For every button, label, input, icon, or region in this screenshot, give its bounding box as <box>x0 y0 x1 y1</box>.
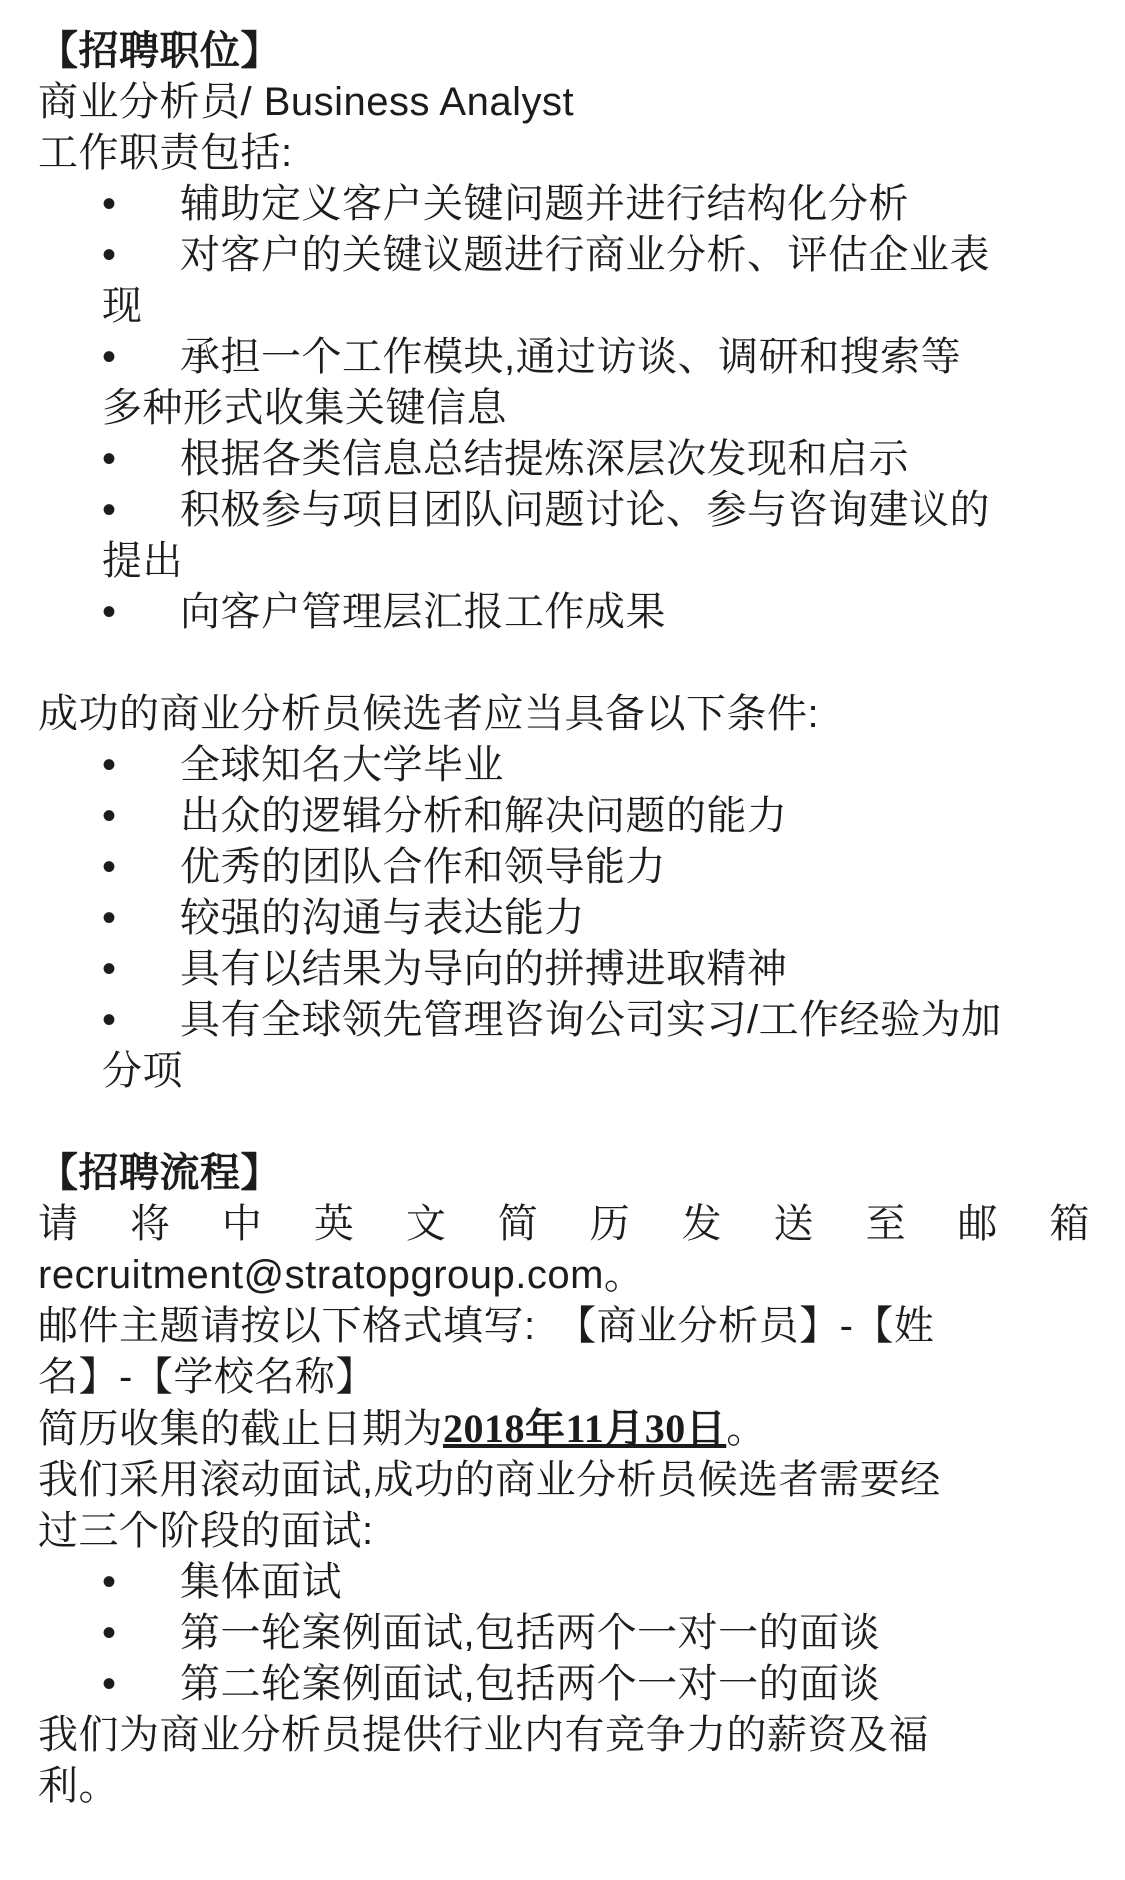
duty-text-continuation: 提出 <box>38 536 1090 587</box>
interview-stage-text: 第一轮案例面试,包括两个一对一的面谈 <box>180 1611 880 1655</box>
bullet-icon: • <box>102 791 180 842</box>
recruitment-posting-document: 【招聘职位】 商业分析员/ Business Analyst 工作职责包括: •… <box>0 0 1125 1812</box>
duty-text-continuation: 现 <box>38 281 1090 332</box>
requirement-text: 全球知名大学毕业 <box>180 743 504 787</box>
bullet-icon: • <box>102 179 180 230</box>
requirement-item: •优秀的团队合作和领导能力 <box>38 842 1090 893</box>
requirement-text-continuation: 分项 <box>38 1046 1090 1097</box>
interview-stage-text: 集体面试 <box>180 1560 342 1604</box>
requirements-intro: 成功的商业分析员候选者应当具备以下条件: <box>38 689 1090 740</box>
bullet-icon: • <box>102 587 180 638</box>
duty-text: 辅助定义客户关键问题并进行结构化分析 <box>180 182 909 226</box>
position-section-heading: 【招聘职位】 <box>38 26 1090 77</box>
interview-intro-line: 我们采用滚动面试,成功的商业分析员候选者需要经 <box>38 1455 1090 1506</box>
bullet-icon: • <box>102 893 180 944</box>
bullet-icon: • <box>102 740 180 791</box>
bullet-icon: • <box>102 1608 180 1659</box>
requirement-item: •全球知名大学毕业 <box>38 740 1090 791</box>
requirement-text: 具有全球领先管理咨询公司实习/工作经验为加 <box>180 998 1002 1042</box>
bullet-icon: • <box>102 1557 180 1608</box>
duty-text: 根据各类信息总结提炼深层次发现和启示 <box>180 437 909 481</box>
blank-line <box>38 638 1090 689</box>
interview-stage-item: •第一轮案例面试,包括两个一对一的面谈 <box>38 1608 1090 1659</box>
interview-stage-item: •第二轮案例面试,包括两个一对一的面谈 <box>38 1659 1090 1710</box>
requirement-item: •出众的逻辑分析和解决问题的能力 <box>38 791 1090 842</box>
requirement-text: 优秀的团队合作和领导能力 <box>180 845 666 889</box>
closing-line: 我们为商业分析员提供行业内有竞争力的薪资及福 <box>38 1710 1090 1761</box>
process-section-heading: 【招聘流程】 <box>38 1148 1090 1199</box>
job-title: 商业分析员/ Business Analyst <box>38 77 1090 128</box>
duty-text: 向客户管理层汇报工作成果 <box>180 590 666 634</box>
deadline-prefix: 简历收集的截止日期为 <box>38 1407 443 1451</box>
duty-item: •辅助定义客户关键问题并进行结构化分析 <box>38 179 1090 230</box>
section-process: 【招聘流程】 请 将 中 英 文 简 历 发 送 至 邮 箱 recruitme… <box>38 1148 1090 1812</box>
subject-format-line: 邮件主题请按以下格式填写: 【商业分析员】-【姓 <box>38 1301 1090 1352</box>
requirement-text: 较强的沟通与表达能力 <box>180 896 585 940</box>
closing-line-continuation: 利。 <box>38 1761 1090 1812</box>
duty-text: 承担一个工作模块,通过访谈、调研和搜索等 <box>180 335 961 379</box>
bullet-icon: • <box>102 332 180 383</box>
email-address-line: recruitment@stratopgroup.com。 <box>38 1250 1090 1301</box>
blank-line <box>38 1097 1090 1148</box>
duty-text: 对客户的关键议题进行商业分析、评估企业表 <box>180 233 990 277</box>
requirement-text: 出众的逻辑分析和解决问题的能力 <box>180 794 788 838</box>
duties-intro: 工作职责包括: <box>38 128 1090 179</box>
requirement-item: •具有全球领先管理咨询公司实习/工作经验为加 <box>38 995 1090 1046</box>
subject-format-line-continuation: 名】-【学校名称】 <box>38 1352 1090 1403</box>
deadline-line: 简历收集的截止日期为2018年11月30日。 <box>38 1403 1090 1455</box>
interview-stage-item: •集体面试 <box>38 1557 1090 1608</box>
bullet-icon: • <box>102 1659 180 1710</box>
deadline-suffix: 。 <box>726 1407 767 1451</box>
bullet-icon: • <box>102 434 180 485</box>
section-requirements: 成功的商业分析员候选者应当具备以下条件: •全球知名大学毕业 •出众的逻辑分析和… <box>38 689 1090 1097</box>
bullet-icon: • <box>102 230 180 281</box>
duty-item: •对客户的关键议题进行商业分析、评估企业表 <box>38 230 1090 281</box>
interview-intro-line-continuation: 过三个阶段的面试: <box>38 1506 1090 1557</box>
interview-stage-text: 第二轮案例面试,包括两个一对一的面谈 <box>180 1662 880 1706</box>
requirement-text: 具有以结果为导向的拼搏进取精神 <box>180 947 788 991</box>
requirement-item: •较强的沟通与表达能力 <box>38 893 1090 944</box>
bullet-icon: • <box>102 995 180 1046</box>
duty-item: •积极参与项目团队问题讨论、参与咨询建议的 <box>38 485 1090 536</box>
bullet-icon: • <box>102 842 180 893</box>
requirement-item: •具有以结果为导向的拼搏进取精神 <box>38 944 1090 995</box>
deadline-date: 2018年11月30日 <box>443 1406 726 1451</box>
duty-item: •承担一个工作模块,通过访谈、调研和搜索等 <box>38 332 1090 383</box>
section-position: 【招聘职位】 商业分析员/ Business Analyst 工作职责包括: •… <box>38 26 1090 638</box>
duty-item: •根据各类信息总结提炼深层次发现和启示 <box>38 434 1090 485</box>
duty-item: •向客户管理层汇报工作成果 <box>38 587 1090 638</box>
bullet-icon: • <box>102 485 180 536</box>
bullet-icon: • <box>102 944 180 995</box>
duty-text: 积极参与项目团队问题讨论、参与咨询建议的 <box>180 488 990 532</box>
duty-text-continuation: 多种形式收集关键信息 <box>38 383 1090 434</box>
send-resume-line: 请 将 中 英 文 简 历 发 送 至 邮 箱 <box>38 1199 1090 1250</box>
